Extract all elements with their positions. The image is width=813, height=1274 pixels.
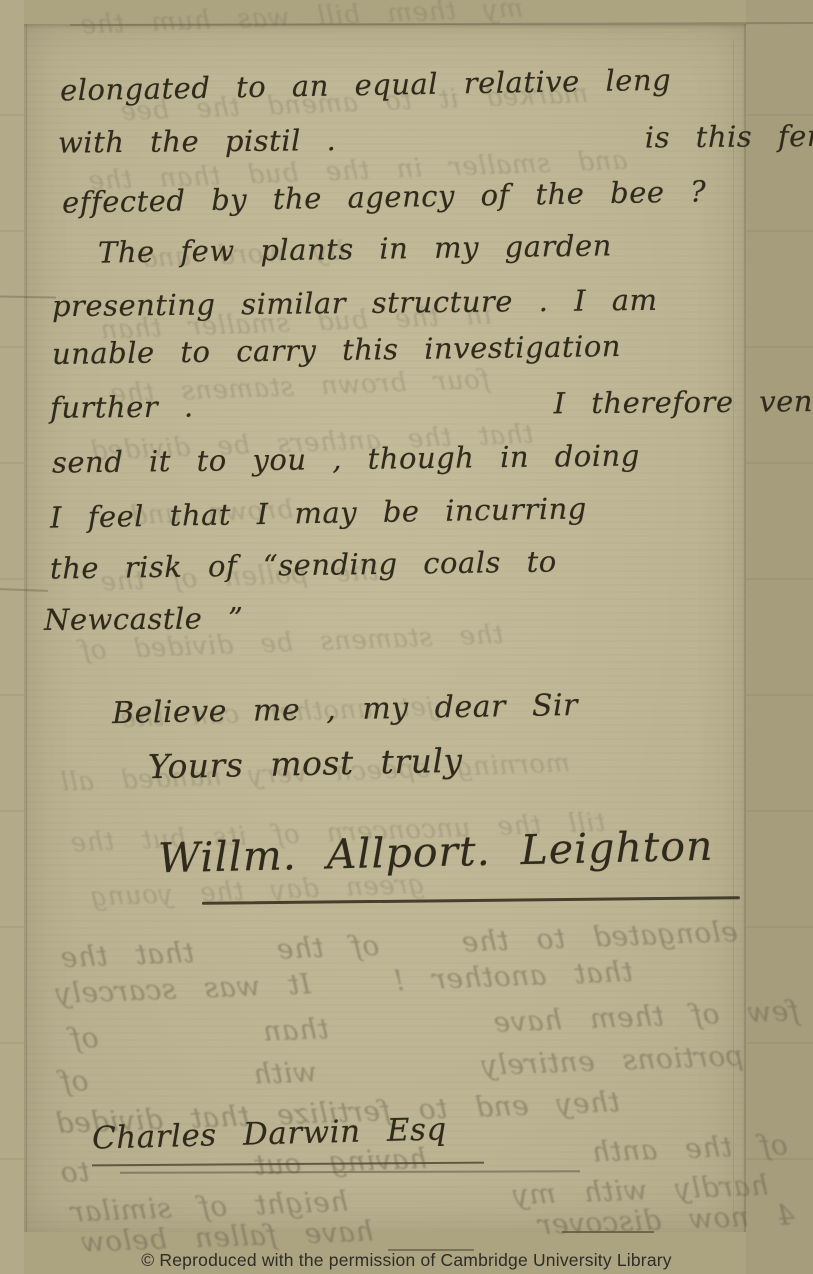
manuscript-line: send it to you , though in doing <box>52 438 640 479</box>
copyright-credit: © Reproduced with the permission of Camb… <box>0 1250 813 1271</box>
manuscript-line: further . I therefore venture t <box>50 383 813 425</box>
scanned-letter-page: my them bill was hum the marked it to am… <box>0 0 813 1274</box>
manuscript-line: The few plants in my garden <box>98 228 612 269</box>
valediction-line: Yours most truly <box>148 741 463 787</box>
manuscript-line: presenting similar structure . I am <box>52 283 658 323</box>
paper-right-edge <box>744 24 746 1232</box>
manuscript-line: with the pistil . is this fertiliz <box>58 118 813 159</box>
paper-left-edge <box>26 24 27 1232</box>
manuscript-line: the risk of “sending coals to <box>50 544 557 585</box>
manuscript-line: Newcastle ” <box>44 601 244 637</box>
